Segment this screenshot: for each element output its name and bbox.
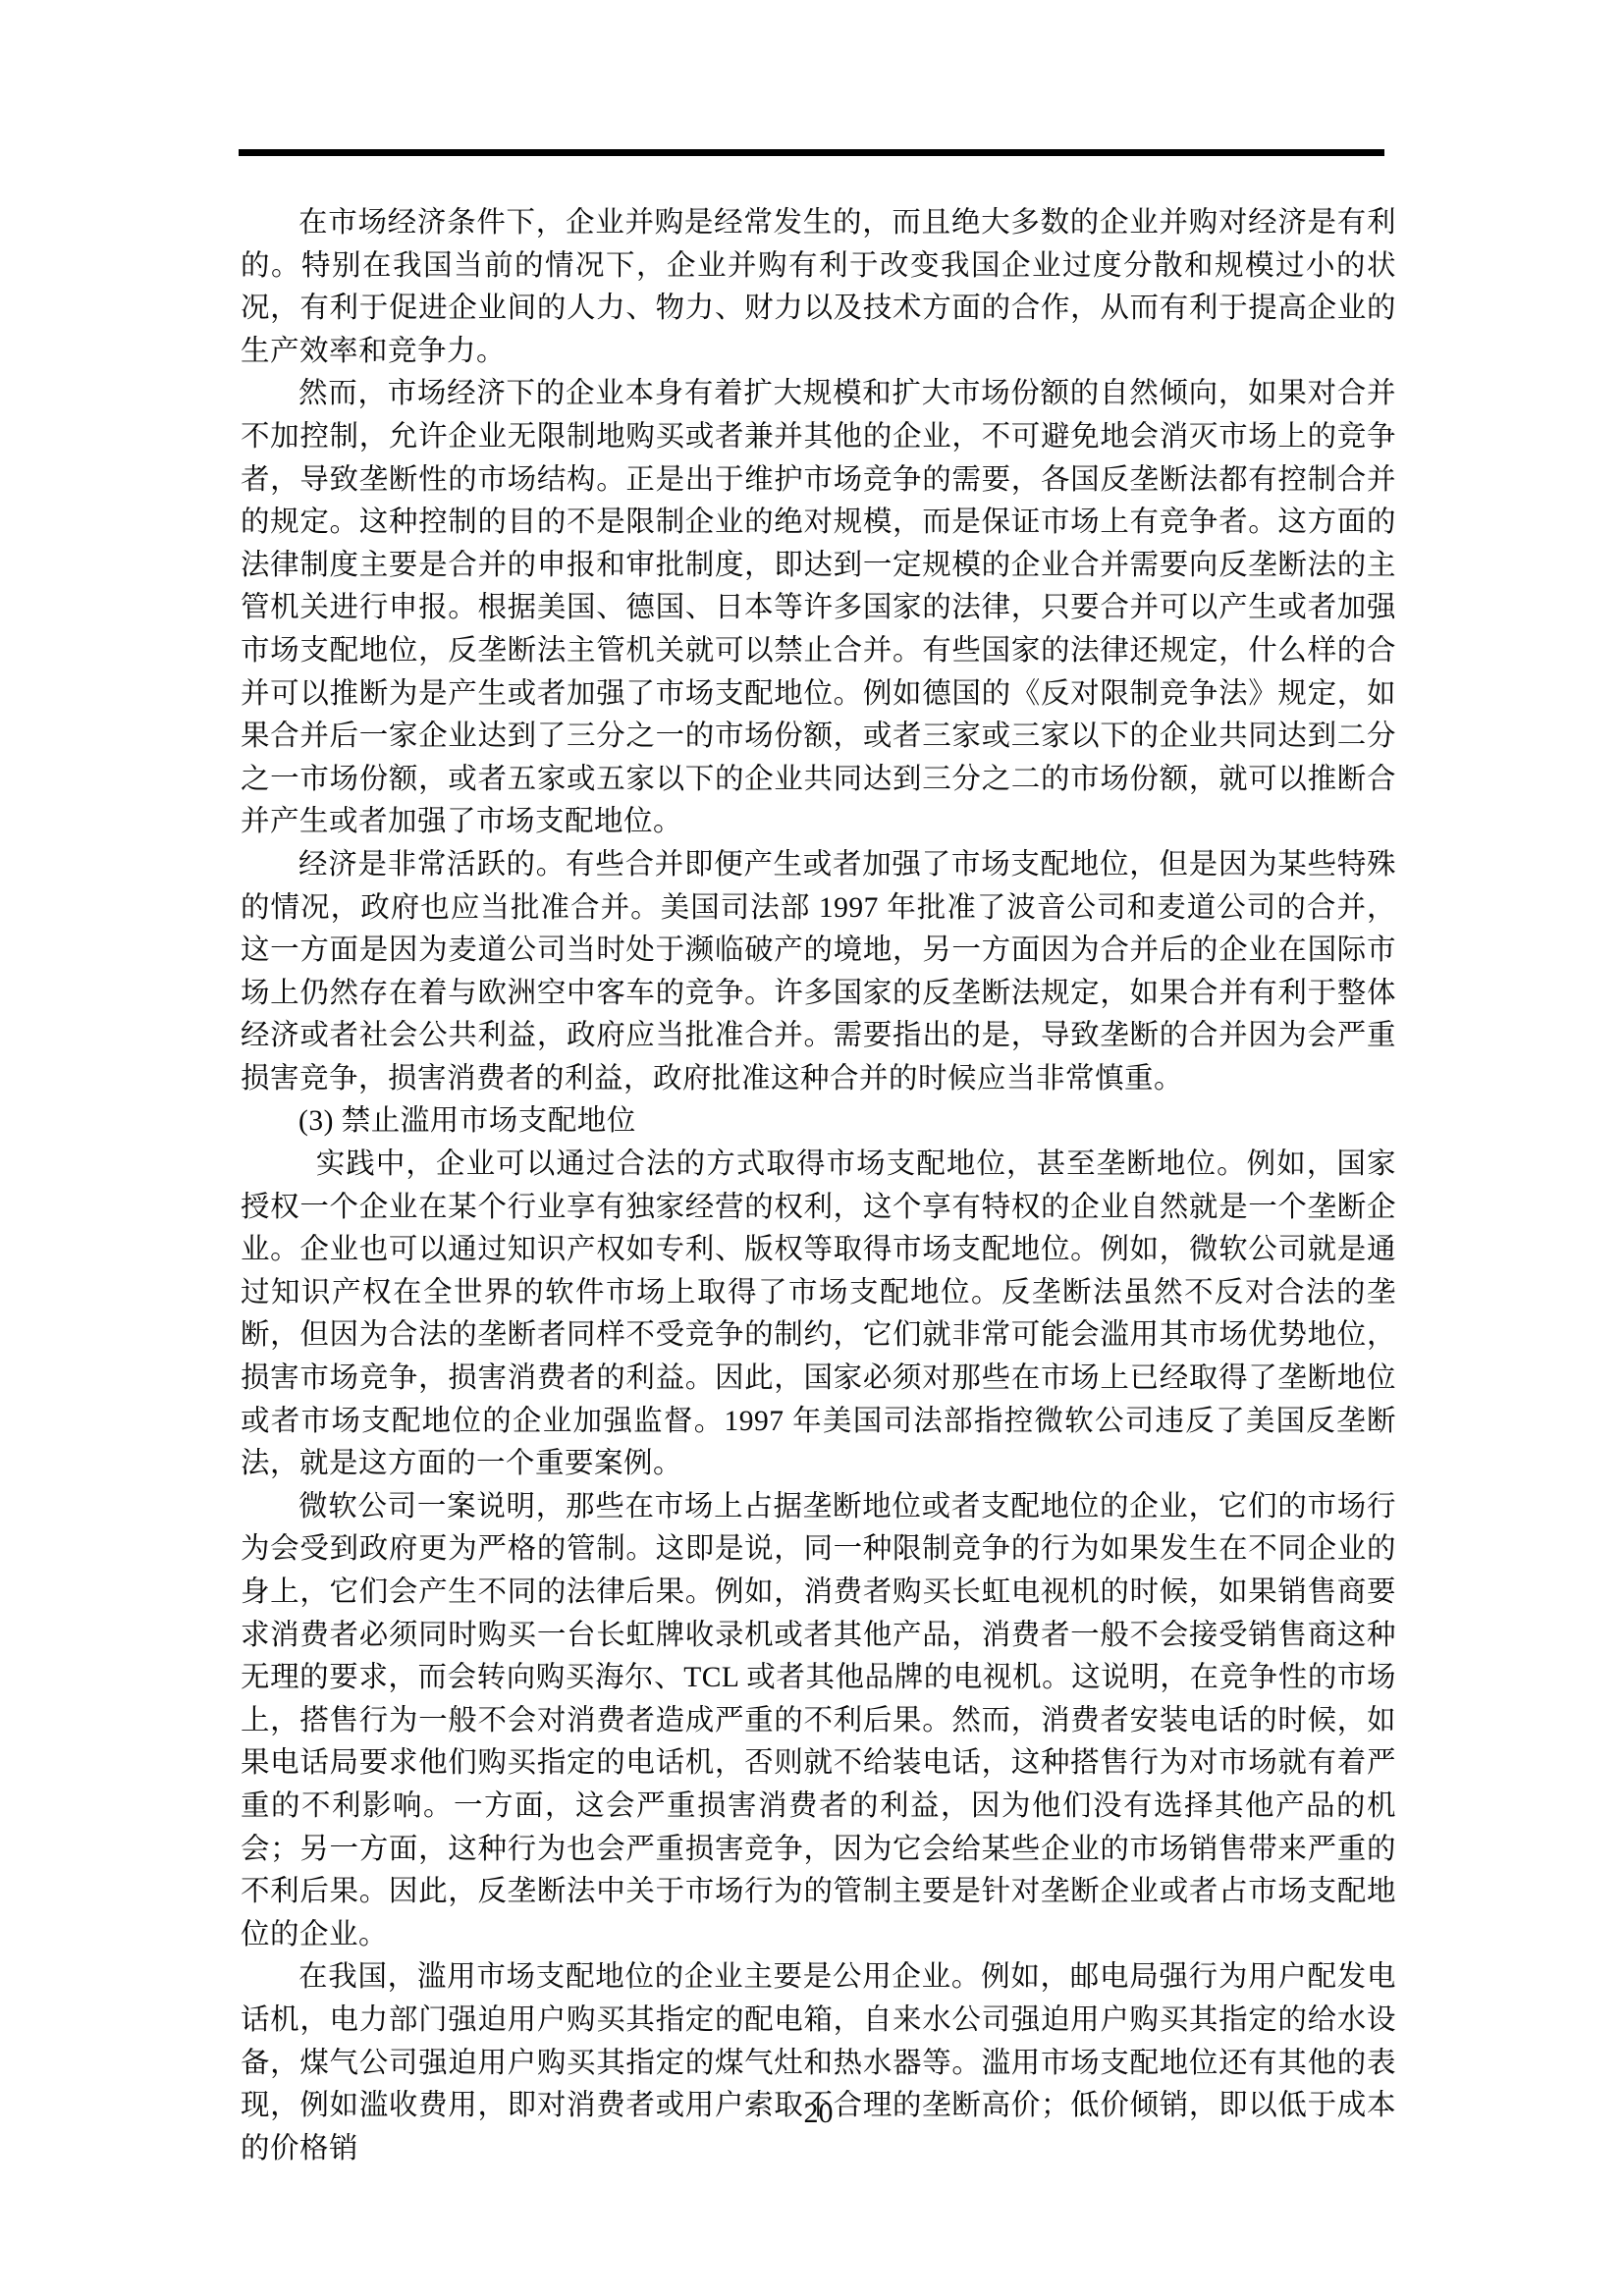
paragraph-microsoft-case: 微软公司一案说明，那些在市场上占据垄断地位或者支配地位的企业，它们的市场行为会受… bbox=[241, 1486, 1396, 1957]
section-heading-abuse-of-dominance: (3) 禁止滥用市场支配地位 bbox=[241, 1100, 1396, 1144]
paragraph-merger-control: 然而，市场经济下的企业本身有着扩大规模和扩大市场份额的自然倾向，如果对合并不加控… bbox=[241, 373, 1396, 844]
paragraph-merger-approval: 经济是非常活跃的。有些合并即便产生或者加强了市场支配地位，但是因为某些特殊的情况… bbox=[241, 844, 1396, 1101]
paragraph-public-utilities: 在我国，滥用市场支配地位的企业主要是公用企业。例如，邮电局强行为用户配发电话机，… bbox=[241, 1956, 1396, 2170]
header-rule bbox=[239, 149, 1384, 156]
document-page: 在市场经济条件下，企业并购是经常发生的，而且绝大多数的企业并购对经济是有利的。特… bbox=[0, 0, 1624, 2296]
paragraph-lawful-dominance: 实践中，企业可以通过合法的方式取得市场支配地位，甚至垄断地位。例如，国家授权一个… bbox=[241, 1144, 1396, 1486]
document-body: 在市场经济条件下，企业并购是经常发生的，而且绝大多数的企业并购对经济是有利的。特… bbox=[241, 202, 1396, 2170]
paragraph-merger-benefits: 在市场经济条件下，企业并购是经常发生的，而且绝大多数的企业并购对经济是有利的。特… bbox=[241, 202, 1396, 373]
page-number: 20 bbox=[241, 2097, 1396, 2130]
